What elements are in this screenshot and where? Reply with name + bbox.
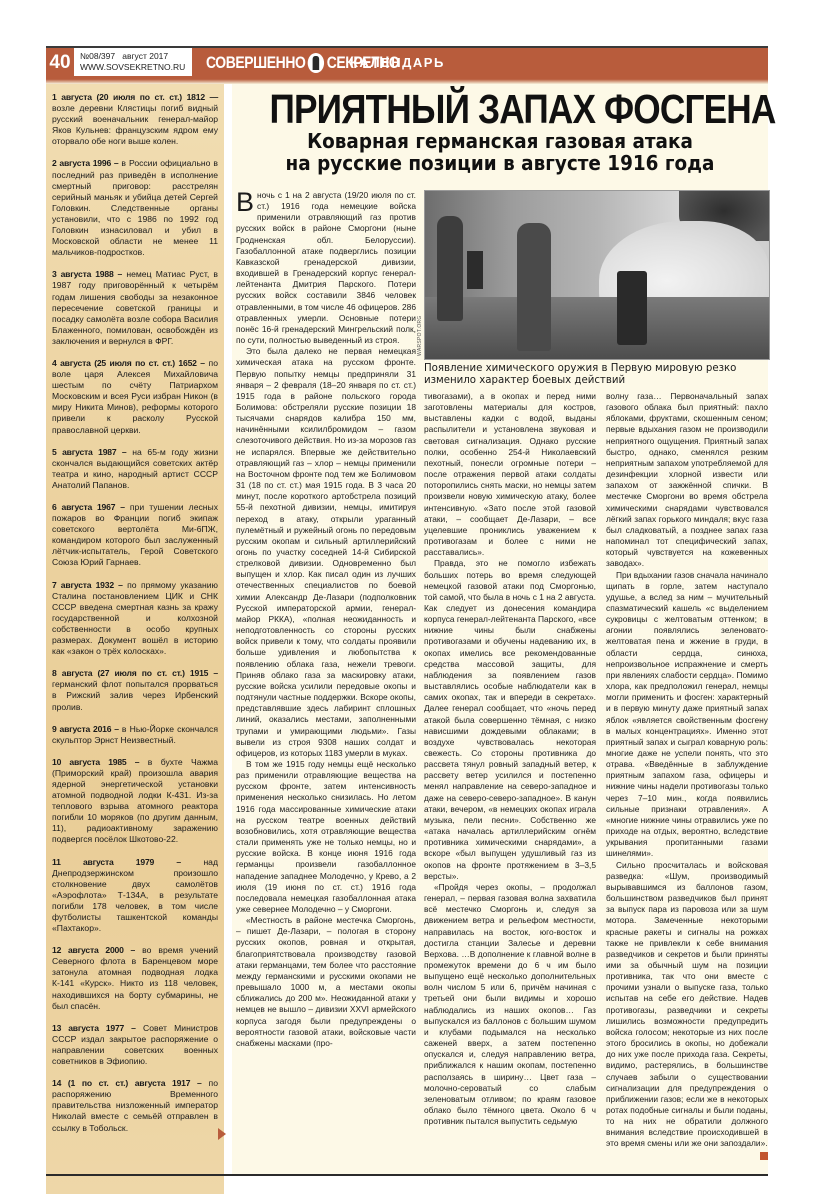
paragraph: Вночь с 1 на 2 августа (19/20 июля по ст… <box>236 190 416 346</box>
subheadline-line2: на русские позиции в августе 1916 года <box>286 151 715 175</box>
end-of-article-icon <box>760 1152 768 1160</box>
paragraph: Сильно просчиталась и войсковая разведка… <box>606 860 768 1150</box>
dropcap: В <box>236 191 254 213</box>
torn-edge-decoration <box>46 76 768 84</box>
bottom-rule <box>46 1174 768 1176</box>
issue-date: август 2017 <box>122 51 168 61</box>
photo-gas-cylinder <box>467 251 483 289</box>
calendar-date: 12 августа 2000 – <box>52 945 135 955</box>
calendar-date: 9 августа 2016 – <box>52 724 119 734</box>
article-photo <box>424 190 770 360</box>
paragraph: Правда, это не помогло избежать больших … <box>424 558 596 882</box>
calendar-date: 8 августа (27 июля по ст. ст.) 1915 – <box>52 668 218 678</box>
calendar-date: 6 августа 1967 – <box>52 502 125 512</box>
calendar-date: 5 августа 1987 – <box>52 447 127 457</box>
issue-info: №08/397 август 2017 WWW.SOVSEKRETNO.RU <box>74 48 192 78</box>
paragraph: волну газа… Первоначальный запах газовог… <box>606 391 768 570</box>
photo-credit: WARSPOT.ORG <box>417 315 423 356</box>
calendar-entry: 13 августа 1977 – Совет Министров СССР и… <box>52 1023 218 1067</box>
paragraph: При вдыхании газов сначала начинало щипа… <box>606 570 768 860</box>
calendar-text: в России официально в последний раз прив… <box>52 158 218 257</box>
photo-soldier <box>517 223 551 351</box>
paragraph: тивогазами), а в окопах и перед ними заг… <box>424 391 596 558</box>
calendar-text: германский флот попытался прорваться в Р… <box>52 679 218 711</box>
paragraph: «Местность в районе местечка Сморгонь, –… <box>236 915 416 1049</box>
page-header: 40 №08/397 август 2017 WWW.SOVSEKRETNO.R… <box>46 46 768 78</box>
calendar-text: над Днепродзержинском произошло столкнов… <box>52 857 218 934</box>
calendar-entry: 9 августа 2016 – в Нью-Йорке скончался с… <box>52 724 218 746</box>
calendar-date: 1 августа (20 июля по ст. ст.) 1812 — <box>52 92 218 102</box>
calendar-entry: 12 августа 2000 – во время учений Северн… <box>52 945 218 1012</box>
calendar-entry: 14 (1 по ст. ст.) августа 1917 – по расп… <box>52 1078 218 1133</box>
article: ПРИЯТНЫЙ ЗАПАХ ФОСГЕНА Коварная германск… <box>232 84 768 1174</box>
paragraph: Это была далеко не первая немецкая химич… <box>236 346 416 759</box>
subheadline-line1: Коварная германская газовая атака <box>307 129 693 153</box>
page-number: 40 <box>46 48 74 78</box>
photo-gas-cylinder <box>617 271 647 345</box>
calendar-column: 1 августа (20 июля по ст. ст.) 1812 — во… <box>46 84 224 1194</box>
paragraph-text: Сильно просчиталась и войсковая разведка… <box>606 860 768 1149</box>
paragraph: «Пройдя через окопы, – продолжал генерал… <box>424 882 596 1127</box>
calendar-entry: 2 августа 1996 – в России официально в п… <box>52 158 218 258</box>
photo-caption: Появление химического оружия в Первую ми… <box>424 363 770 386</box>
calendar-entry: 4 августа (25 июля по ст. ст.) 1652 – по… <box>52 358 218 436</box>
calendar-text: в бухте Чажма (Приморский край) произошл… <box>52 757 218 845</box>
photo-soldier <box>437 216 463 321</box>
emblem-icon <box>308 53 324 73</box>
photo-ground <box>425 297 769 359</box>
calendar-entry: 10 августа 1985 – в бухте Чажма (Приморс… <box>52 757 218 846</box>
calendar-date: 10 августа 1985 – <box>52 757 139 767</box>
website-link[interactable]: WWW.SOVSEKRETNO.RU <box>80 62 185 72</box>
article-column-1: Вночь с 1 на 2 августа (19/20 июля по ст… <box>236 190 416 1049</box>
calendar-entry: 3 августа 1988 – немец Матиас Руст, в 19… <box>52 269 218 347</box>
calendar-text: по прямому указанию Сталина постановлени… <box>52 580 218 657</box>
calendar-date: 14 (1 по ст. ст.) августа 1917 – <box>52 1078 202 1088</box>
continue-arrow-icon <box>218 1128 226 1140</box>
calendar-date: 2 августа 1996 – <box>52 158 118 168</box>
calendar-entry: 1 августа (20 июля по ст. ст.) 1812 — во… <box>52 92 218 147</box>
calendar-text: немец Матиас Руст, в 1987 году приговорё… <box>52 269 218 346</box>
calendar-entry: 8 августа (27 июля по ст. ст.) 1915 – ге… <box>52 668 218 712</box>
calendar-date: 3 августа 1988 – <box>52 269 122 279</box>
calendar-text: возле деревни Клястицы погиб видный русс… <box>52 103 218 146</box>
issue-number: №08/397 <box>80 51 115 61</box>
calendar-entry: 5 августа 1987 – на 65-м году жизни скон… <box>52 447 218 491</box>
calendar-date: 11 августа 1979 – <box>52 857 181 867</box>
subheadline: Коварная германская газовая атака на рус… <box>253 130 746 174</box>
paragraph-text: ночь с 1 на 2 августа (19/20 июля по ст.… <box>236 190 416 345</box>
brand-left: СОВЕРШЕННО <box>206 51 305 75</box>
calendar-entry: 6 августа 1967 – при тушении лесных пожа… <box>52 502 218 569</box>
calendar-entry: 11 августа 1979 – над Днепродзержинском … <box>52 857 218 935</box>
calendar-date: 13 августа 1977 – <box>52 1023 136 1033</box>
calendar-entry: 7 августа 1932 – по прямому указанию Ста… <box>52 580 218 658</box>
paragraph: В том же 1915 году немцы ещё несколько р… <box>236 759 416 915</box>
calendar-date: 4 августа (25 июля по ст. ст.) 1652 – <box>52 358 205 368</box>
calendar-date: 7 августа 1932 – <box>52 580 123 590</box>
article-column-3: волну газа… Первоначальный запах газовог… <box>606 391 768 1160</box>
article-column-2: тивогазами), а в окопах и перед ними заг… <box>424 391 596 1127</box>
calendar-text: по воле царя Алексея Михайловича шестым … <box>52 358 218 435</box>
section-title: КАЛЕНДАРЬ <box>350 48 445 78</box>
headline: ПРИЯТНЫЙ ЗАПАХ ФОСГЕНА <box>270 86 731 132</box>
